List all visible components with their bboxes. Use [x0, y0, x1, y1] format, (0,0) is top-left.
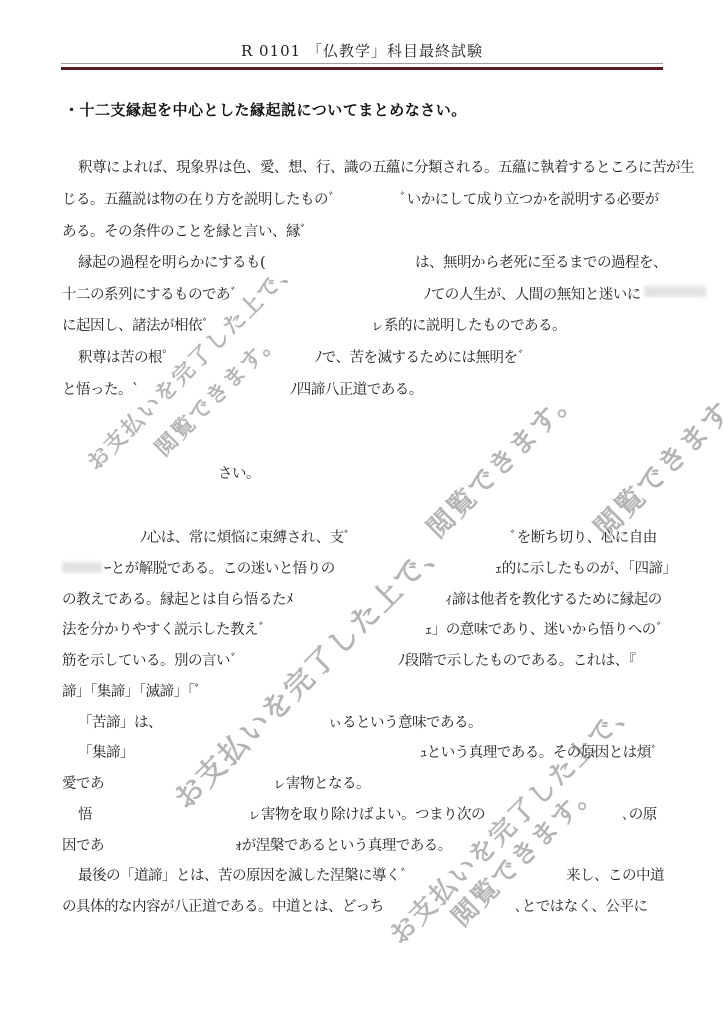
- text-segment: ｪ的に示したものが、「四諦」: [495, 559, 677, 579]
- text-segment: 愛であ: [62, 774, 104, 794]
- text-segment: ﾉての人生が、人間の無知と迷いに: [424, 285, 641, 305]
- text-segment: に起因し、諸法が相依ﾞ: [62, 316, 209, 336]
- text-segment: ｪ」の意味であり、迷いから悟りへのﾞ: [425, 620, 663, 640]
- text-segment: 来し、この中道: [566, 866, 664, 886]
- header-rule-thick: [61, 67, 663, 70]
- text-segment: 筋を示している。別の言いﾞ: [62, 651, 237, 671]
- text-segment: じる。五蘊説は物の在り方を説明したものﾞ: [62, 190, 335, 210]
- document-page: R 0101 「仏教学」科目最終試験 ・十二支縁起を中心とした縁起説についてまと…: [0, 0, 724, 1024]
- text-segment: ﾉ心は、常に煩悩に束縛され、支ﾞ: [140, 528, 350, 548]
- text-segment: ｨ諦は他者を教化するために縁起の: [445, 590, 662, 610]
- text-segment: 悟: [78, 805, 92, 825]
- text-segment: と悟った。`: [62, 380, 139, 400]
- text-segment: 釈尊によれば、現象界は色、愛、想、行、識の五蘊に分類される。五蘊に執着するところ…: [78, 158, 694, 178]
- text-segment: ｭという真理である。その原因とは煩ﾞ: [420, 743, 658, 763]
- text-segment: ﾞいかにして成り立つかを説明する必要が: [400, 190, 659, 210]
- erased-text-smudge: [644, 286, 706, 297]
- header-rule: [61, 63, 663, 73]
- text-segment: ㇾ害物を取り除けばよい。つまり次の: [247, 805, 485, 825]
- text-segment: 縁起の過程を明らかにするも(: [78, 253, 265, 273]
- page-title: R 0101 「仏教学」科目最終試験: [62, 40, 662, 61]
- text-segment: 諦」「集諦」「滅諦」「ﾞ: [62, 682, 201, 702]
- text-segment: ㇾ害物となる。: [272, 774, 370, 794]
- text-segment: ﾉ段階で示したものである。これは、『: [398, 651, 636, 671]
- text-segment: 「苦諦」は、: [78, 713, 162, 733]
- text-segment: ぃるという意味である。: [328, 713, 482, 733]
- text-segment: 「集諦」: [78, 743, 134, 763]
- watermark-text: 閲覧できます。: [584, 371, 724, 546]
- text-segment: 釈尊は苦の根ﾟ: [78, 348, 169, 368]
- text-segment: ある。その条件のことを縁と言い、縁ﾞ: [62, 222, 307, 242]
- text-segment: ﾉ四諦八正道である。: [290, 380, 423, 400]
- text-segment: さい。: [218, 464, 260, 484]
- text-segment: ｰとが解脱である。この迷いと悟りの: [104, 559, 335, 579]
- text-segment: ㇾ系的に説明したものである。: [370, 316, 566, 336]
- text-segment: の教えである。縁起とは自ら悟るたﾒ: [62, 590, 293, 610]
- text-segment: は、無明から老死に至るまでの過程を、: [415, 253, 667, 273]
- text-segment: ﾞを断ち切り、心に自由: [510, 528, 657, 548]
- text-segment: ｫが涅槃であるという真理である。: [235, 836, 452, 856]
- question-heading: ・十二支縁起を中心とした縁起説についてまとめなさい。: [64, 99, 467, 120]
- text-segment: ﾉで、苦を滅するためには無明をﾞ: [315, 348, 525, 368]
- header-rule-thin: [61, 63, 663, 64]
- text-segment: 最後の「道諦」とは、苦の原因を滅した涅槃に導くﾞ: [78, 866, 407, 886]
- text-segment: 十二の系列にするものであﾞ: [62, 285, 237, 305]
- text-segment: の具体的な内容が八正道である。中道とは、どっち: [62, 897, 384, 917]
- text-segment: 因であ: [62, 836, 104, 856]
- erased-text-smudge: [62, 562, 102, 573]
- text-segment: 法を分かりやすく説示した教えﾞ: [62, 620, 265, 640]
- watermark-text: 閲覧できます。: [416, 376, 586, 546]
- text-segment: ､の原: [622, 805, 657, 825]
- text-segment: ､とではなく、公平に: [515, 897, 647, 917]
